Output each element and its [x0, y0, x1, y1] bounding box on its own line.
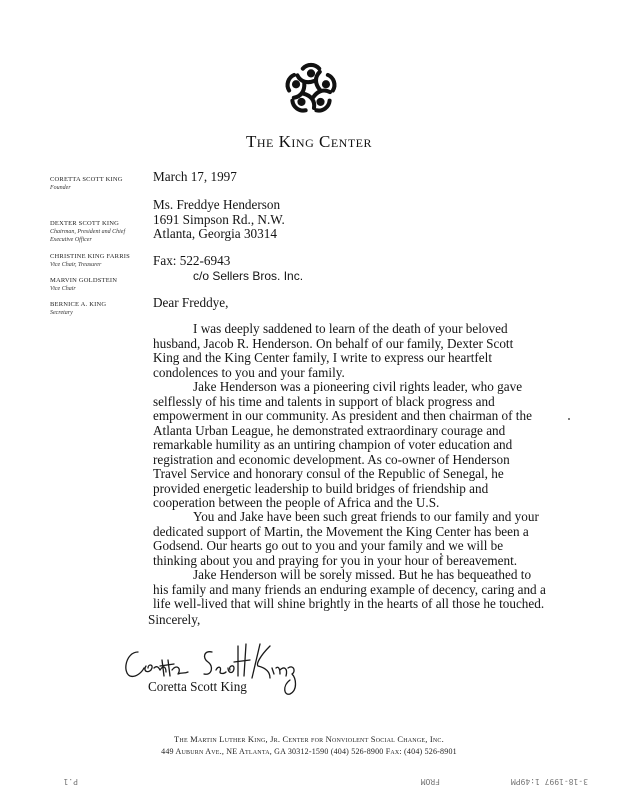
officer-title: Founder: [50, 184, 160, 192]
organization-name: The King Center: [0, 132, 618, 152]
text-line: Jake Henderson will be sorely missed. Bu…: [153, 568, 573, 583]
text-line: You and Jake have been such great friend…: [153, 510, 573, 525]
fax-info: Fax: 522-6943 c/o Sellers Bros. Inc.: [153, 254, 303, 283]
paragraph-1: I was deeply saddened to learn of the de…: [153, 322, 573, 380]
text-line: remarkable humility as an untiring champ…: [153, 438, 573, 453]
text-line: Atlanta Urban League, he demonstrated ex…: [153, 424, 573, 439]
text-line: Godsend. Our hearts go out to you and yo…: [153, 539, 573, 554]
recipient-street: 1691 Simpson Rd., N.W.: [153, 213, 285, 228]
officer-name: Dexter Scott King: [50, 220, 130, 228]
salutation: Dear Freddye,: [153, 296, 228, 311]
fax-page-number: P.1: [64, 777, 78, 786]
officer-title: Chairman, President and Chief Executive …: [50, 228, 130, 244]
officer-entry: Coretta Scott King Founder: [50, 176, 160, 192]
officer-entry: Bernice A. King Secretary: [50, 301, 160, 317]
officer-name: Coretta Scott King: [50, 176, 160, 184]
scan-speck: [568, 418, 570, 420]
closing: Sincerely,: [148, 613, 200, 628]
recipient-name: Ms. Freddye Henderson: [153, 198, 285, 213]
text-line: husband, Jacob R. Henderson. On behalf o…: [153, 337, 573, 352]
officer-entry: Christine King Farris Vice Chair, Treasu…: [50, 253, 160, 269]
letter-date: March 17, 1997: [153, 170, 237, 185]
care-of: c/o Sellers Bros. Inc.: [153, 269, 303, 284]
fax-number: Fax: 522-6943: [153, 254, 303, 269]
handwritten-signature: [120, 638, 310, 698]
fax-from-label: FROM: [421, 777, 440, 786]
officer-entry: Marvin Goldstein Vice Chair: [50, 277, 160, 293]
text-line: provided energetic leadership to build b…: [153, 482, 573, 497]
text-line: registration and economic development. A…: [153, 453, 573, 468]
footer-address: 449 Auburn Ave., NE Atlanta, GA 30312-15…: [0, 747, 618, 756]
officer-entry: Dexter Scott King Chairman, President an…: [50, 220, 130, 244]
text-line: selflessly of his time and talents in su…: [153, 395, 573, 410]
scan-speck: [440, 553, 442, 555]
fax-timestamp: 3-18-1997 1:49PM: [511, 777, 588, 786]
text-line: I was deeply saddened to learn of the de…: [153, 322, 573, 337]
paragraph-4: Jake Henderson will be sorely missed. Bu…: [153, 568, 573, 612]
text-line: Travel Service and honorary consul of th…: [153, 467, 573, 482]
king-center-logo-icon: [277, 55, 345, 123]
text-line: empowerment in our community. As preside…: [153, 409, 573, 424]
text-line: condolences to you and your family.: [153, 366, 573, 381]
officer-name: Bernice A. King: [50, 301, 160, 309]
recipient-city: Atlanta, Georgia 30314: [153, 227, 285, 242]
text-line: thinking about you and praying for you i…: [153, 554, 573, 569]
officer-name: Christine King Farris: [50, 253, 160, 261]
text-line: King and the King Center family, I write…: [153, 351, 573, 366]
officer-name: Marvin Goldstein: [50, 277, 160, 285]
officer-title: Vice Chair: [50, 285, 160, 293]
paragraph-3: You and Jake have been such great friend…: [153, 510, 573, 568]
text-line: his family and many friends an enduring …: [153, 583, 573, 598]
recipient-address: Ms. Freddye Henderson 1691 Simpson Rd., …: [153, 198, 285, 242]
text-line: dedicated support of Martin, the Movemen…: [153, 525, 573, 540]
paragraph-2: Jake Henderson was a pioneering civil ri…: [153, 380, 573, 511]
fax-transmission-header: 3-18-1997 1:49PM FROM P.1: [0, 770, 618, 790]
officer-title: Vice Chair, Treasurer: [50, 261, 160, 269]
text-line: Jake Henderson was a pioneering civil ri…: [153, 380, 573, 395]
text-line: life well-lived that will shine brightly…: [153, 597, 573, 612]
officer-title: Secretary: [50, 309, 160, 317]
footer-org-name: The Martin Luther King, Jr. Center for N…: [0, 734, 618, 744]
